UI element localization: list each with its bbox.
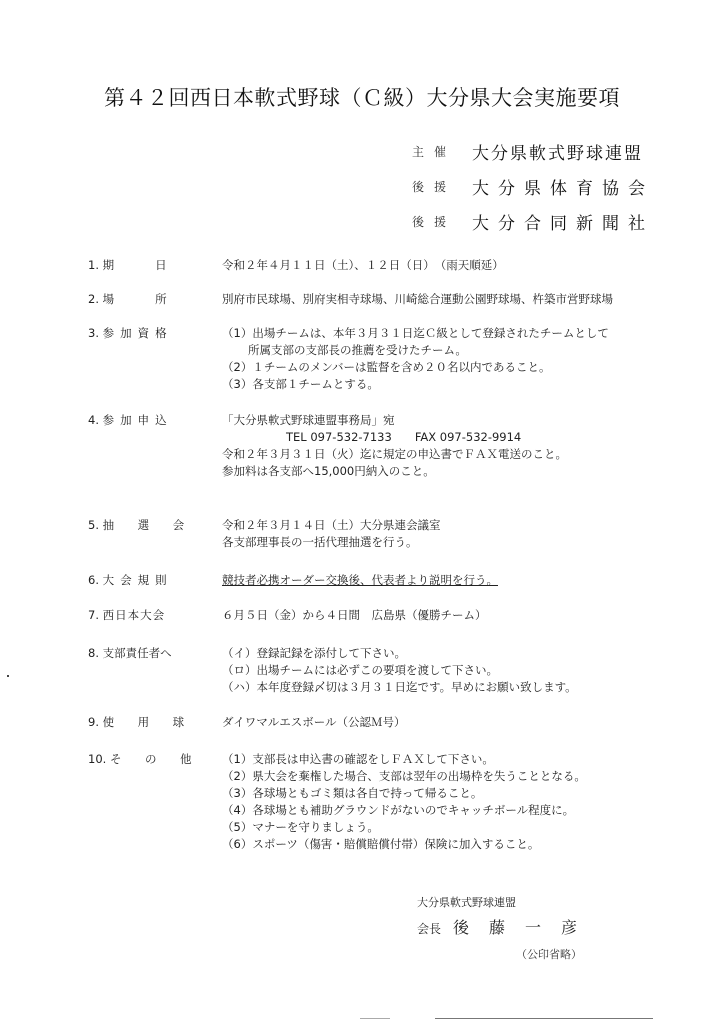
section-number: 7. — [88, 608, 99, 622]
section-label: 6. 大会規則 — [88, 572, 218, 588]
section-line: （4）各球場とも補助グラウンドがないのでキャッチボール程度に。 — [222, 802, 662, 819]
section-line: （2）１チームのメンバーは監督を含め２０名以内であること。 — [222, 359, 662, 376]
scan-edge-line — [435, 1018, 653, 1019]
section-line: 競技者必携オーダー交換後、代表者より説明を行う。 — [222, 572, 662, 589]
document-page: 第４２回西日本軟式野球（Ｃ級）大分県大会実施要項 主催 大分県軟式野球連盟 後援… — [0, 0, 724, 1024]
section-line: （5）マナーを守りましょう。 — [222, 819, 662, 836]
chair-title: 会長 — [417, 920, 441, 937]
section-body: （1）支部長は申込書の確認をしＦＡＸして下さい。 （2）県大会を棄権した場合、支… — [222, 751, 662, 853]
section-label-text: 使 用 球 — [103, 715, 191, 729]
section-line: （ハ）本年度登録〆切は３月３１日迄です。早めにお願い致します。 — [222, 679, 662, 696]
section-label-text: 大会規則 — [103, 573, 173, 587]
section-body: 別府市民球場、別府実相寺球場、川崎総合運動公園野球場、杵築市営野球場 — [222, 291, 662, 308]
organizers-block: 主催 大分県軟式野球連盟 後援 大分県体育協会 後援 大分合同新聞社 — [412, 134, 654, 239]
organizer-role: 主催 — [412, 143, 472, 160]
section-label: 7. 西日本大会 — [88, 607, 218, 623]
section-line: 参加料は各支部へ15,000円納入のこと。 — [222, 463, 662, 480]
section-body: ダイワマルエスボール（公認Ｍ号） — [222, 714, 662, 731]
section-line: （ロ）出場チームには必ずこの要項を渡して下さい。 — [222, 662, 662, 679]
section-body: 令和２年４月１１日（土）、１２日（日） （雨天順延） — [222, 257, 662, 274]
section-number: 4. — [88, 413, 99, 427]
section-number: 1. — [88, 258, 99, 272]
section-body: 競技者必携オーダー交換後、代表者より説明を行う。 — [222, 572, 662, 589]
section-label: 10. そ の 他 — [88, 751, 218, 767]
section-label: 2. 場 所 — [88, 291, 218, 307]
section-label-text: 場 所 — [103, 292, 173, 306]
section-body: （1）出場チームは、本年３月３１日迄Ｃ級として登録されたチームとして 所属支部の… — [222, 325, 662, 393]
section-label-text: 支部責任者へ — [103, 646, 172, 660]
section-label: 8. 支部責任者へ — [88, 645, 218, 661]
section-number: 3. — [88, 326, 99, 340]
section-line: ６月５日（金）から４日間 広島県（優勝チーム） — [222, 607, 662, 624]
section-number: 5. — [88, 518, 99, 532]
section-line: （3）各球場ともゴミ類は各自で持って帰ること。 — [222, 785, 662, 802]
section-label-text: 参加申込 — [103, 413, 173, 427]
section-line: （6）スポーツ（傷害・賠償賠償付帯）保険に加入すること。 — [222, 836, 662, 853]
section-line: 別府市民球場、別府実相寺球場、川崎総合運動公園野球場、杵築市営野球場 — [222, 291, 662, 308]
section-label-text: 西日本大会 — [103, 608, 166, 622]
contact-line: TEL 097-532-7133 FAX 097-532-9914 — [222, 429, 662, 446]
section-label: 3. 参加資格 — [88, 325, 218, 341]
section-number: 2. — [88, 292, 99, 306]
section-line: （2）県大会を棄権した場合、支部は翌年の出場枠を失うこととなる。 — [222, 768, 662, 785]
signature-chair: 会長 後藤一彦 — [417, 915, 597, 938]
document-title: 第４２回西日本軟式野球（Ｃ級）大分県大会実施要項 — [0, 82, 724, 112]
organizer-role: 後援 — [412, 213, 472, 230]
section-number: 8. — [88, 646, 99, 660]
organizer-name: 大分県体育協会 — [472, 174, 654, 199]
section-body: （イ）登録記録を添付して下さい。 （ロ）出場チームには必ずこの要項を渡して下さい… — [222, 645, 662, 696]
section-line: 各支部理事長の一括代理抽選を行う。 — [222, 534, 662, 551]
signature-organization: 大分県軟式野球連盟 — [417, 894, 516, 910]
scan-edge-line — [360, 1018, 390, 1019]
organizer-row: 後援 大分合同新聞社 — [412, 204, 654, 239]
seal-note: （公印省略） — [516, 946, 582, 962]
section-line: 令和２年４月１１日（土）、１２日（日） （雨天順延） — [222, 257, 662, 274]
section-line: 令和２年３月１４日（土）大分県連会議室 — [222, 517, 662, 534]
organizer-name: 大分合同新聞社 — [472, 209, 654, 234]
section-line: （1）支部長は申込書の確認をしＦＡＸして下さい。 — [222, 751, 662, 768]
section-line: （1）出場チームは、本年３月３１日迄Ｃ級として登録されたチームとして — [222, 325, 662, 342]
section-body: 「大分県軟式野球連盟事務局」宛 TEL 097-532-7133 FAX 097… — [222, 412, 662, 480]
section-label-text: 抽 選 会 — [103, 518, 191, 532]
organizer-row: 後援 大分県体育協会 — [412, 169, 654, 204]
organizer-role: 後援 — [412, 178, 472, 195]
organizer-row: 主催 大分県軟式野球連盟 — [412, 134, 654, 169]
section-body: 令和２年３月１４日（土）大分県連会議室 各支部理事長の一括代理抽選を行う。 — [222, 517, 662, 551]
section-label-text: そ の 他 — [110, 752, 198, 766]
section-line: （3）各支部１チームとする。 — [222, 376, 662, 393]
section-label: 5. 抽 選 会 — [88, 517, 218, 533]
section-line: 令和２年３月３１日（火）迄に規定の申込書でＦＡＸ電送のこと。 — [222, 446, 662, 463]
section-label-text: 期 日 — [103, 258, 173, 272]
chair-name: 後藤一彦 — [453, 915, 597, 938]
section-number: 10. — [88, 752, 106, 766]
section-label: 1. 期 日 — [88, 257, 218, 273]
section-body: ６月５日（金）から４日間 広島県（優勝チーム） — [222, 607, 662, 624]
section-line: 「大分県軟式野球連盟事務局」宛 — [222, 412, 662, 429]
section-number: 9. — [88, 715, 99, 729]
section-line: 所属支部の支部長の推薦を受けたチーム。 — [222, 342, 662, 359]
section-label: 9. 使 用 球 — [88, 714, 218, 730]
section-line: ダイワマルエスボール（公認Ｍ号） — [222, 714, 662, 731]
scan-speck — [7, 675, 9, 677]
section-number: 6. — [88, 573, 99, 587]
organizer-name: 大分県軟式野球連盟 — [472, 139, 643, 164]
section-label: 4. 参加申込 — [88, 412, 218, 428]
section-label-text: 参加資格 — [103, 326, 173, 340]
section-line: （イ）登録記録を添付して下さい。 — [222, 645, 662, 662]
